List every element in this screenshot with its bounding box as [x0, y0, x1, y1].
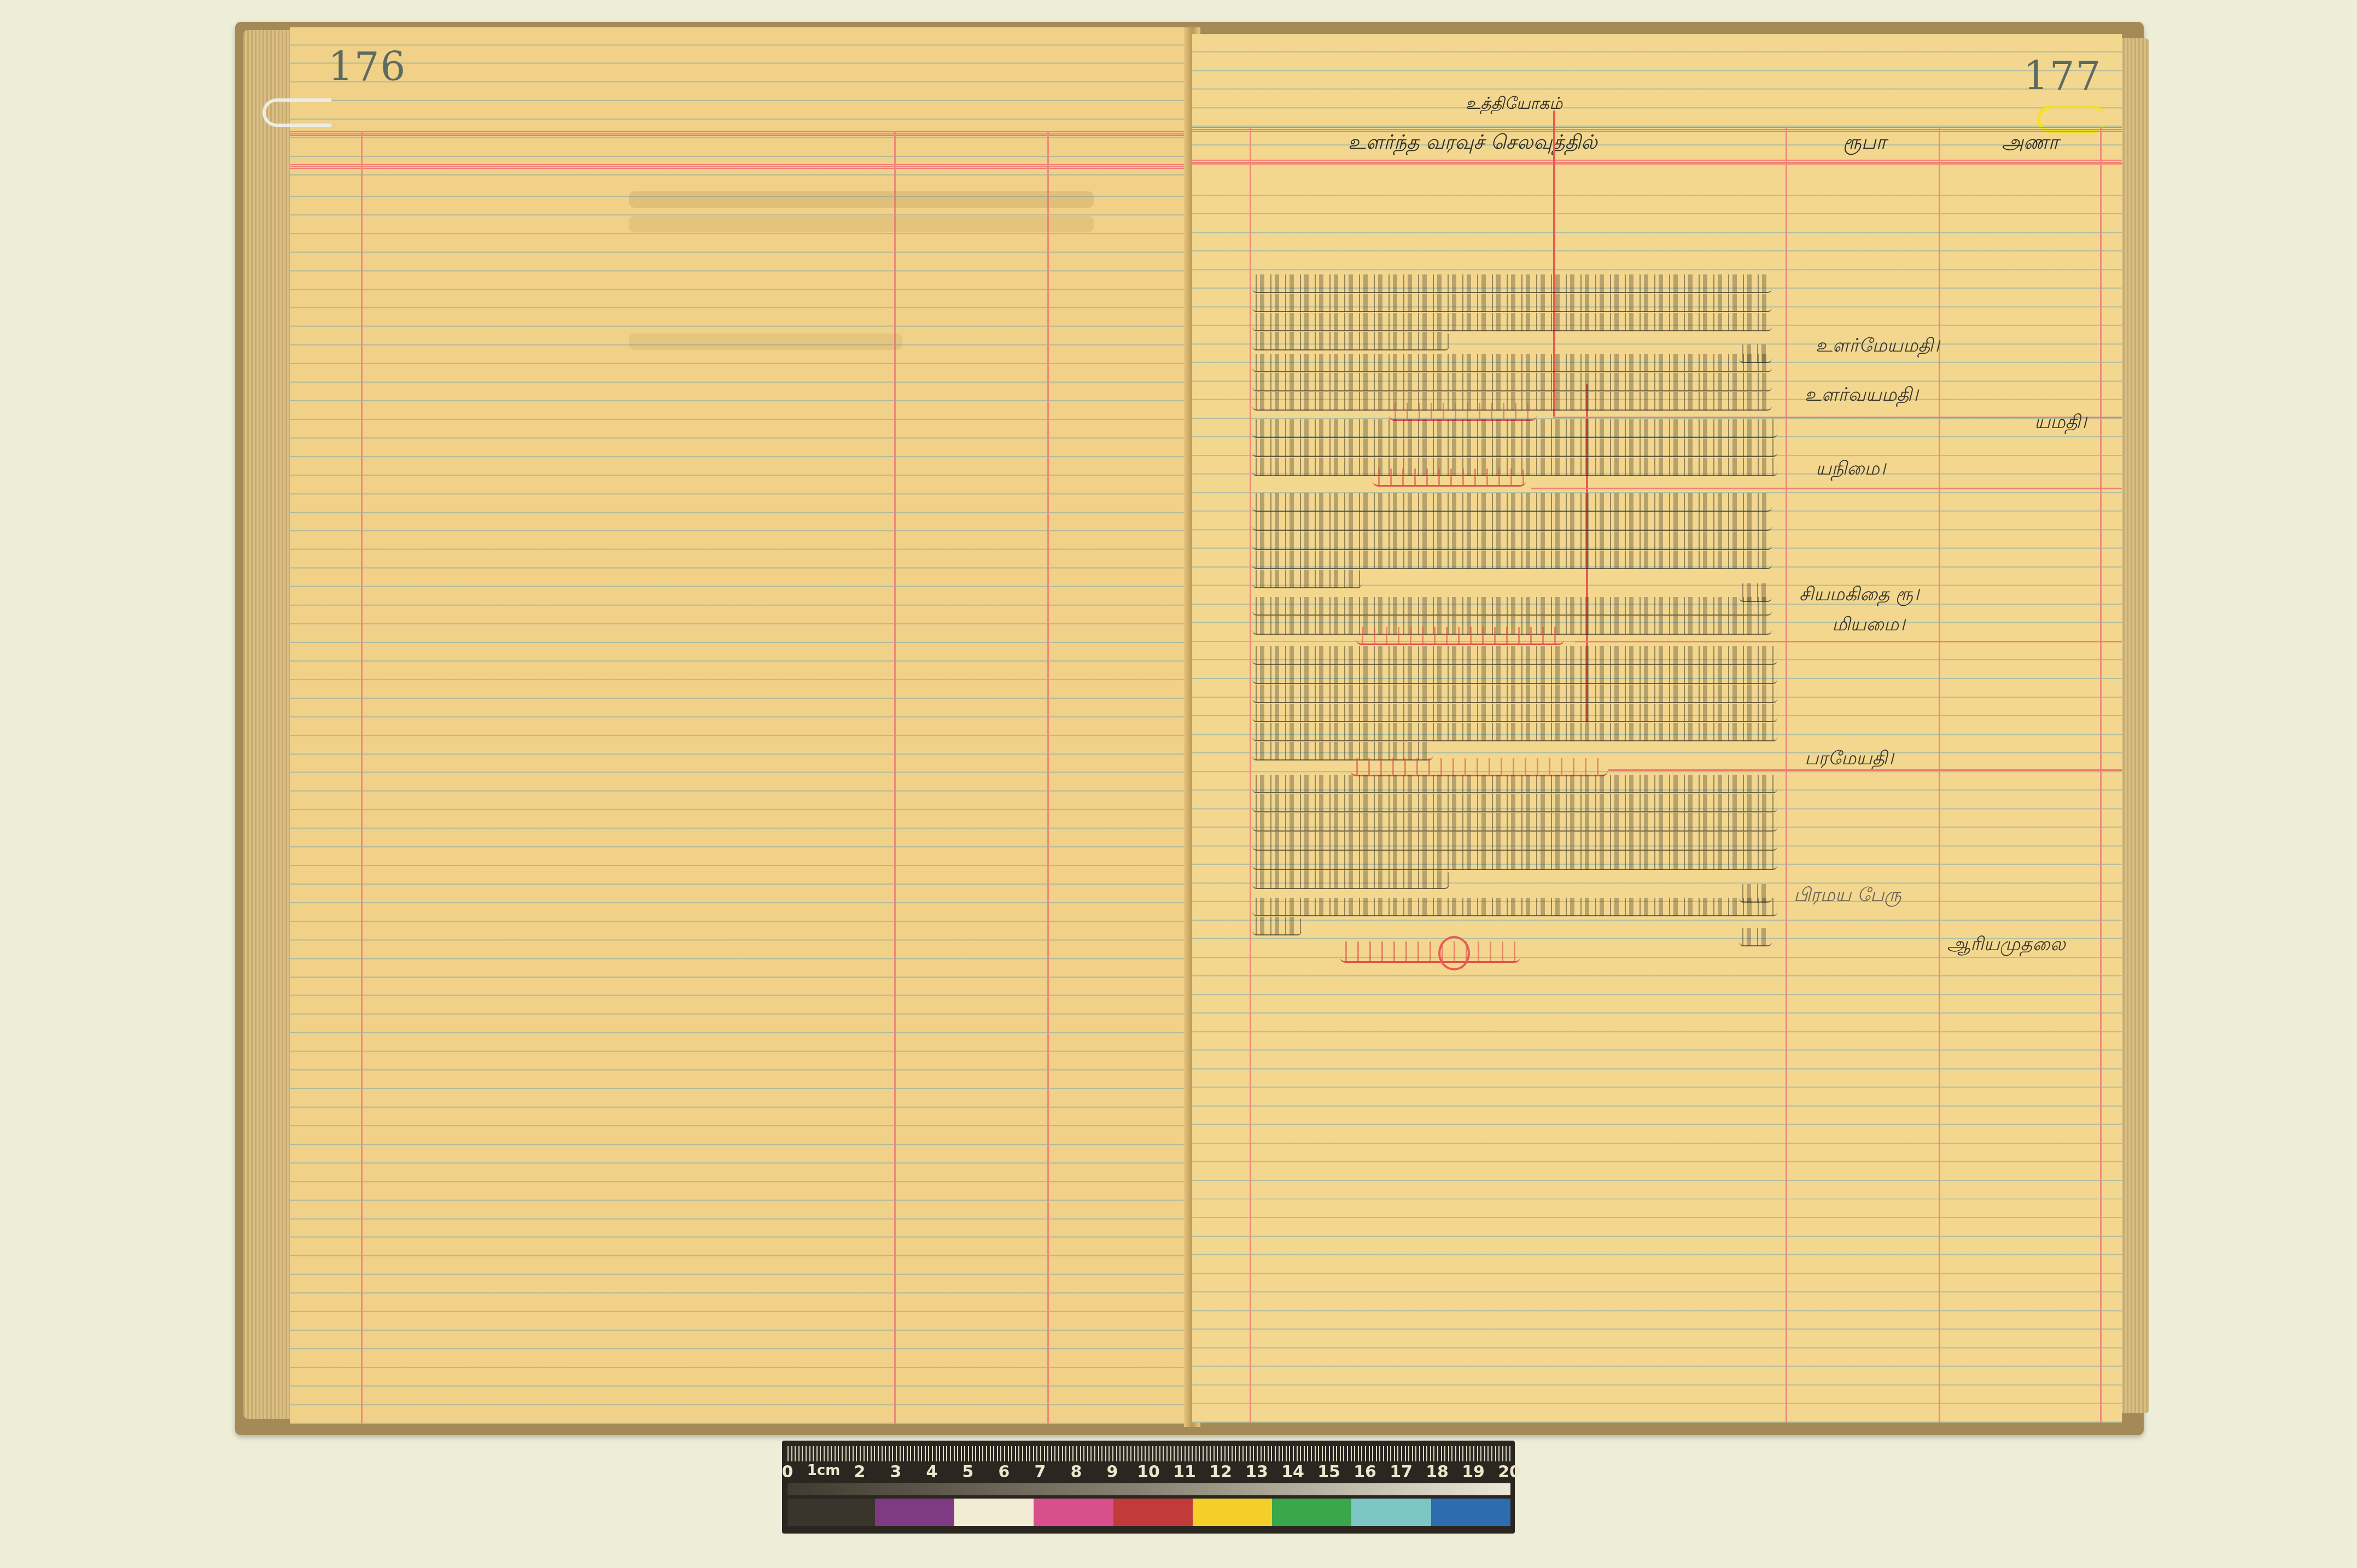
red-signature-loop	[1438, 936, 1470, 970]
amount-annas: யமதி।	[2034, 411, 2087, 435]
column-divider	[1939, 127, 1940, 1423]
column-divider	[361, 131, 363, 1424]
ruler-tick-label: 4	[926, 1462, 938, 1482]
header-rule-bottom	[1192, 160, 2122, 165]
color-patch	[1113, 1499, 1193, 1526]
ruler-tick-label: 8	[1071, 1462, 1082, 1482]
color-patches	[787, 1499, 1510, 1526]
ruler-tick-label: 7	[1035, 1462, 1046, 1482]
amount-rupees: யநிமை।	[1816, 458, 1886, 482]
color-patch	[1193, 1499, 1272, 1526]
amount-rupees: மியமை।	[1832, 613, 1905, 637]
red-signature	[1340, 941, 1520, 963]
ruler-tick-label: 9	[1107, 1462, 1118, 1482]
ruler-tick-label: 6	[999, 1462, 1010, 1482]
ruler-tick-label: 18	[1426, 1462, 1449, 1482]
section-rule	[1608, 769, 2122, 771]
section-rule	[1531, 488, 2122, 489]
ruler-tick-label: 1cm	[807, 1462, 841, 1479]
paperclip-icon	[262, 98, 331, 127]
red-section-heading	[1389, 403, 1537, 421]
ruler-tick-label: 2	[854, 1462, 866, 1482]
left-page-edges	[243, 30, 295, 1419]
ruler-tick-label: 0	[782, 1462, 794, 1482]
red-section-heading	[1373, 469, 1526, 487]
ruler-tick-label: 12	[1209, 1462, 1232, 1482]
ruler-tick-label: 15	[1317, 1462, 1340, 1482]
column-divider	[894, 131, 896, 1424]
right-page-number: 177	[2023, 53, 2102, 99]
header-rule-top	[290, 131, 1192, 136]
column-divider	[2100, 127, 2102, 1423]
bleed-through-text	[629, 216, 1094, 232]
header-description: உளர்ந்த வரவுச் செலவுத்தில்	[1348, 131, 1597, 156]
top-heading: உத்தியோகம்	[1466, 94, 1562, 115]
red-section-heading	[1356, 627, 1564, 645]
bleed-through-text	[629, 334, 902, 350]
ruler-tick-label: 16	[1353, 1462, 1376, 1482]
amount-rupees: சியமகிதை ரூ।	[1799, 583, 1919, 607]
column-divider	[1786, 127, 1787, 1423]
amount-rupees: பிரமய பேரு	[1794, 884, 1901, 908]
header-rule-top	[1192, 127, 2122, 132]
column-divider	[1047, 131, 1049, 1424]
ruler-tick-label: 19	[1462, 1462, 1485, 1482]
scale-bar: 01cm234567891011121314151617181920	[782, 1441, 1515, 1534]
ruler-tick-label: 13	[1245, 1462, 1268, 1482]
amount-rupees: உளர்மேயமதி।	[1816, 335, 1939, 359]
header-annas: அணா	[2002, 131, 2059, 156]
left-page: 176	[290, 27, 1192, 1424]
grey-scale-strip	[787, 1483, 1510, 1495]
bleed-through-text	[629, 191, 1094, 208]
color-patch	[1034, 1499, 1113, 1526]
right-page-edges	[2119, 38, 2149, 1413]
color-patch	[1351, 1499, 1431, 1526]
color-patch	[1431, 1499, 1510, 1526]
ruler-tick-label: 20	[1498, 1462, 1521, 1482]
amount-rupees: பரமேயதி।	[1805, 747, 1894, 771]
ruler-tick-label: 11	[1173, 1462, 1196, 1482]
section-rule	[1575, 641, 2122, 642]
column-divider	[1250, 127, 1251, 1423]
color-patch	[954, 1499, 1034, 1526]
color-patch	[1272, 1499, 1351, 1526]
color-patch	[875, 1499, 954, 1526]
header-rule-bottom	[290, 164, 1192, 169]
left-page-number: 176	[328, 44, 406, 90]
right-page: 177 உத்தியோகம் உளர்ந்த வரவுச் செலவுத்தில…	[1192, 34, 2122, 1423]
ruler-ticks	[787, 1446, 1510, 1461]
color-patch	[787, 1499, 875, 1526]
ruler-tick-label: 3	[890, 1462, 902, 1482]
ruler-tick-label: 10	[1137, 1462, 1160, 1482]
red-section-heading	[1351, 758, 1608, 776]
ruler-tick-label: 14	[1281, 1462, 1304, 1482]
amount-rupees: உளர்வயமதி।	[1805, 384, 1918, 408]
ruler-tick-label: 17	[1390, 1462, 1413, 1482]
header-rupees: ரூபா	[1843, 131, 1886, 156]
ruler-tick-label: 5	[962, 1462, 974, 1482]
amount-annas: ஆரியமுதலை	[1947, 933, 2066, 957]
